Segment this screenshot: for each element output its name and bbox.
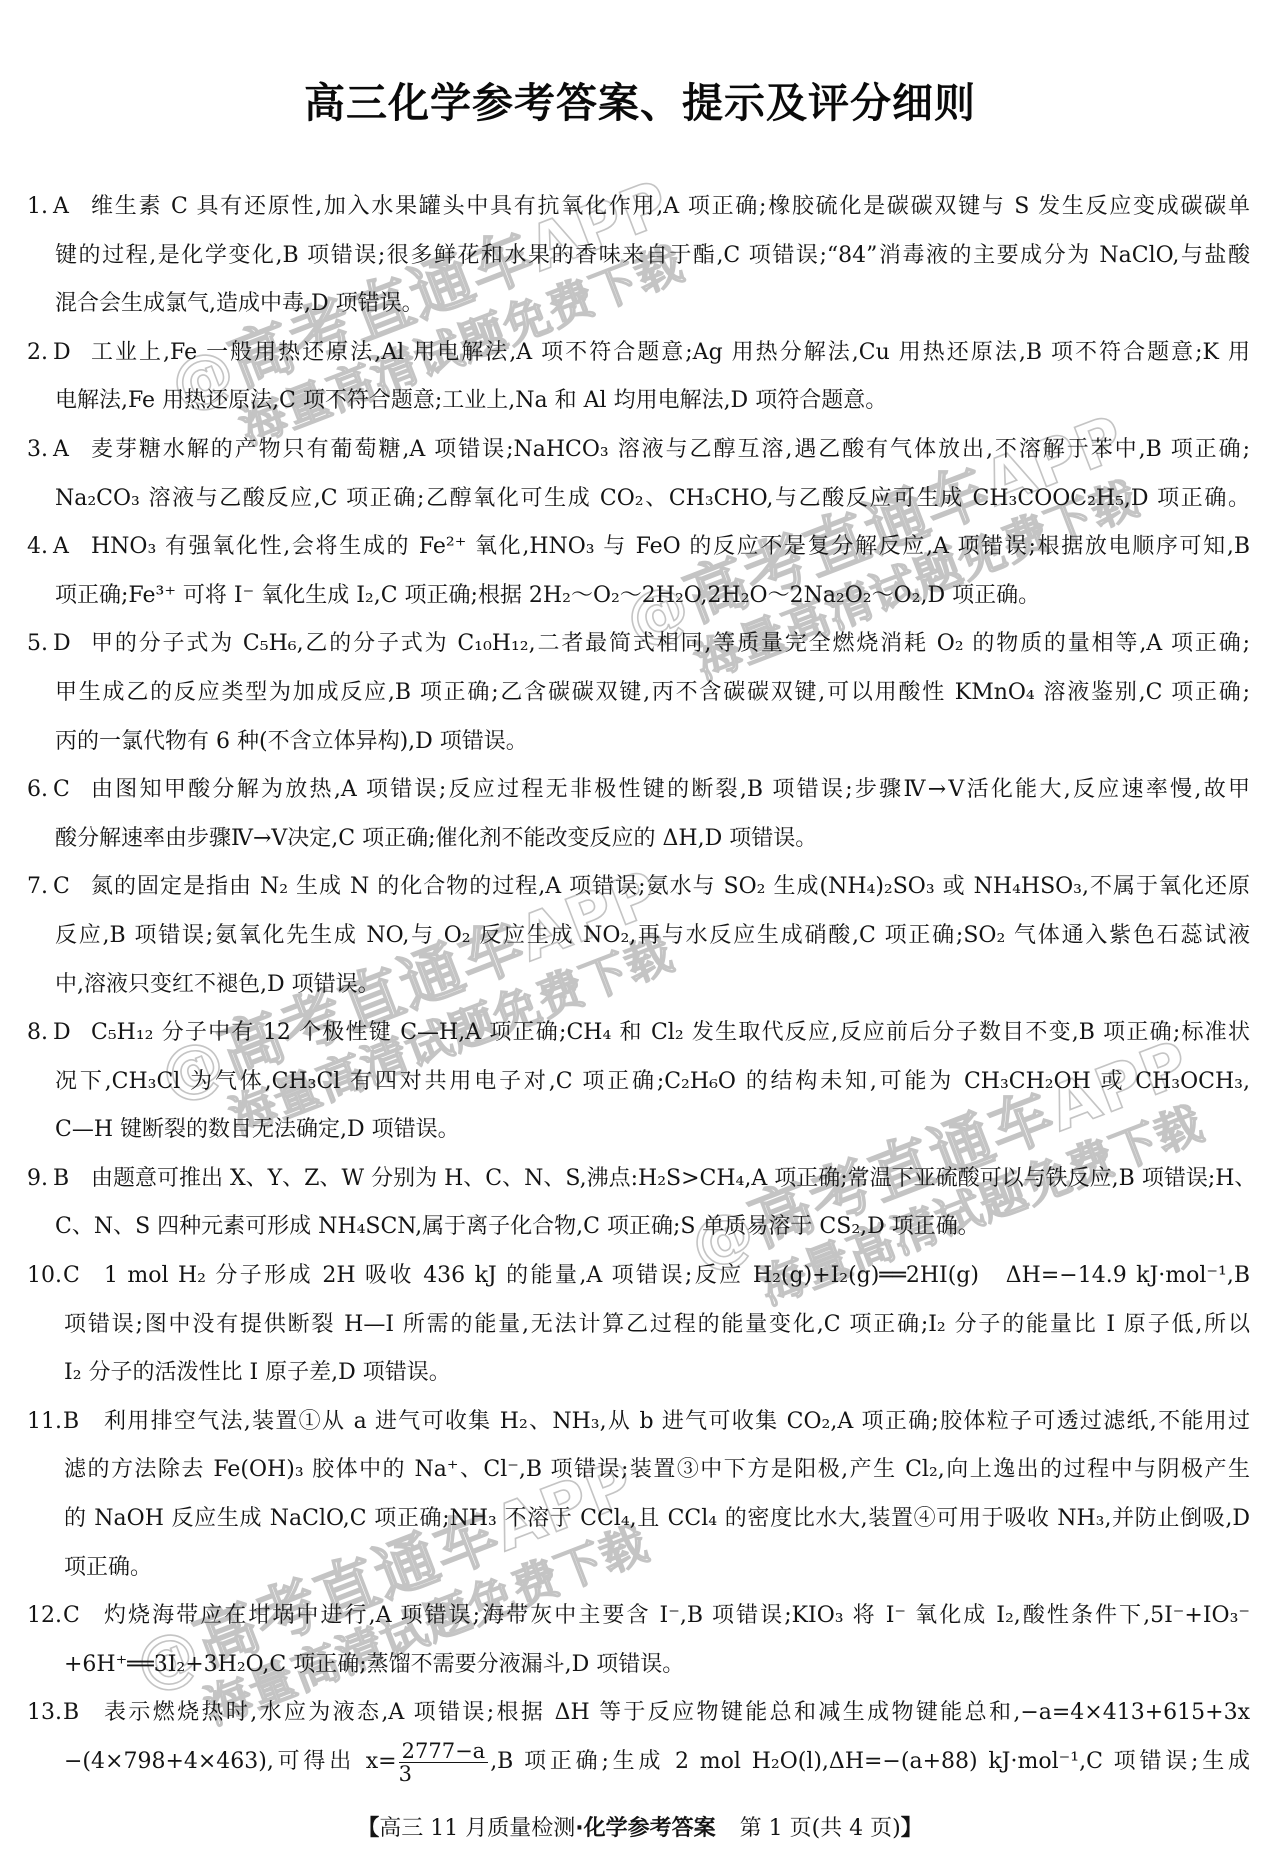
explanation-line: 表示燃烧热时,水应为液态,A 项错误;根据 ΔH 等于反应物键能总和减生成物键能… — [104, 1689, 1250, 1738]
question-2-continuation: 电解法,Fe 用热还原法,C 项不符合题意;工业上,Na 和 Al 均用电解法,… — [0, 377, 1280, 426]
explanation-line: 电解法,Fe 用热还原法,C 项不符合题意;工业上,Na 和 Al 均用电解法,… — [55, 377, 1250, 426]
question-4-continuation: 项正确;Fe³⁺ 可将 I⁻ 氧化生成 I₂,C 项正确;根据 2H₂～O₂～2… — [0, 572, 1280, 621]
fraction-numerator: 2777−a — [399, 1740, 489, 1763]
explanation-line: I₂ 分子的活泼性比 I 原子差,D 项错误。 — [64, 1349, 1250, 1398]
explanation-line: HNO₃ 有强氧化性,会将生成的 Fe²⁺ 氧化,HNO₃ 与 FeO 的反应不… — [91, 523, 1250, 572]
explanation-line: 利用排空气法,装置①从 a 进气可收集 H₂、NH₃,从 b 进气可收集 CO₂… — [104, 1398, 1250, 1447]
question-5-continuation: 丙的一氯代物有 6 种(不含立体异构),D 项错误。 — [0, 718, 1280, 767]
footer-page-number: 第 1 页(共 4 页) — [740, 1816, 901, 1841]
explanation-line: 1 mol H₂ 分子形成 2H 吸收 436 kJ 的能量,A 项错误;反应 … — [104, 1252, 1250, 1301]
question-1: 1. A 维生素 C 具有还原性,加入水果罐头中具有抗氧化作用,A 项正确;橡胶… — [0, 183, 1280, 232]
footer-close-bracket: 】 — [901, 1816, 923, 1841]
question-5-continuation: 甲生成乙的反应类型为加成反应,B 项正确;乙含碳碳双键,丙不含碳碳双键,可以用酸… — [0, 669, 1280, 718]
question-number: 7. — [27, 863, 48, 912]
explanation-line: 氮的固定是指由 N₂ 生成 N 的化合物的过程,A 项错误;氨水与 SO₂ 生成… — [91, 863, 1250, 912]
explanation-line: 混合会生成氯气,造成中毒,D 项错误。 — [55, 280, 1250, 329]
question-1-continuation: 混合会生成氯气,造成中毒,D 项错误。 — [0, 280, 1280, 329]
explanation-line: 中,溶液只变红不褪色,D 项错误。 — [55, 961, 1250, 1010]
question-3: 3. A 麦芽糖水解的产物只有葡萄糖,A 项错误;NaHCO₃ 溶液与乙醇互溶,… — [0, 426, 1280, 475]
question-11-continuation: 滤的方法除去 Fe(OH)₃ 胶体中的 Na⁺、Cl⁻,B 项错误;装置③中下方… — [0, 1446, 1280, 1495]
question-answer: D — [53, 1009, 71, 1058]
question-answer: C — [53, 766, 70, 815]
explanation-line-with-fraction: −(4×798+4×463),可得出 x=2777−a3,B 项正确;生成 2 … — [64, 1738, 1250, 1787]
question-7-continuation: 反应,B 项错误;氨氧化先生成 NO,与 O₂ 反应生成 NO₂,再与水反应生成… — [0, 912, 1280, 961]
explanation-line: 项正确。 — [64, 1544, 1250, 1593]
question-6: 6. C 由图知甲酸分解为放热,A 项错误;反应过程无非极性键的断裂,B 项错误… — [0, 766, 1280, 815]
question-7-continuation: 中,溶液只变红不褪色,D 项错误。 — [0, 961, 1280, 1010]
explanation-line: 反应,B 项错误;氨氧化先生成 NO,与 O₂ 反应生成 NO₂,再与水反应生成… — [55, 912, 1250, 961]
explanation-line: 由题意可推出 X、Y、Z、W 分别为 H、C、N、S,沸点:H₂S>CH₄,A … — [91, 1155, 1250, 1204]
footer-open-bracket: 【 — [357, 1816, 379, 1841]
explanation-line: 丙的一氯代物有 6 种(不含立体异构),D 项错误。 — [55, 718, 1250, 767]
question-8: 8. D C₅H₁₂ 分子中有 12 个极性键 C—H,A 项正确;CH₄ 和 … — [0, 1009, 1280, 1058]
page-title: 高三化学参考答案、提示及评分细则 — [0, 76, 1280, 130]
question-7: 7. C 氮的固定是指由 N₂ 生成 N 的化合物的过程,A 项错误;氨水与 S… — [0, 863, 1280, 912]
explanation-line: 滤的方法除去 Fe(OH)₃ 胶体中的 Na⁺、Cl⁻,B 项错误;装置③中下方… — [64, 1446, 1250, 1495]
question-5: 5. D 甲的分子式为 C₅H₆,乙的分子式为 C₁₀H₁₂,二者最简式相同,等… — [0, 620, 1280, 669]
explanation-line: 甲生成乙的反应类型为加成反应,B 项正确;乙含碳碳双键,丙不含碳碳双键,可以用酸… — [55, 669, 1250, 718]
question-number: 8. — [27, 1009, 48, 1058]
question-8-continuation: C—H 键断裂的数目无法确定,D 项错误。 — [0, 1106, 1280, 1155]
question-answer: A — [53, 523, 69, 572]
question-1-continuation: 键的过程,是化学变化,B 项错误;很多鲜花和水果的香味来自于酯,C 项错误;“8… — [0, 232, 1280, 281]
explanation-line: C₅H₁₂ 分子中有 12 个极性键 C—H,A 项正确;CH₄ 和 Cl₂ 发… — [91, 1009, 1250, 1058]
question-11: 11. B 利用排空气法,装置①从 a 进气可收集 H₂、NH₃,从 b 进气可… — [0, 1398, 1280, 1447]
footer-subject: 化学参考答案 — [584, 1816, 716, 1841]
question-10-continuation: 项错误;图中没有提供断裂 H—I 所需的能量,无法计算乙过程的能量变化,C 项正… — [0, 1301, 1280, 1350]
question-number: 13. — [27, 1689, 62, 1738]
question-6-continuation: 酸分解速率由步骤Ⅳ→Ⅴ决定,C 项正确;催化剂不能改变反应的 ΔH,D 项错误。 — [0, 815, 1280, 864]
question-4: 4. A HNO₃ 有强氧化性,会将生成的 Fe²⁺ 氧化,HNO₃ 与 FeO… — [0, 523, 1280, 572]
question-number: 5. — [27, 620, 48, 669]
question-3-continuation: Na₂CO₃ 溶液与乙酸反应,C 项正确;乙醇氧化可生成 CO₂、CH₃CHO,… — [0, 475, 1280, 524]
answer-list: 1. A 维生素 C 具有还原性,加入水果罐头中具有抗氧化作用,A 项正确;橡胶… — [0, 183, 1280, 1787]
question-answer: C — [53, 863, 70, 912]
question-answer: A — [53, 183, 69, 232]
question-2: 2. D 工业上,Fe 一般用热还原法,Al 用电解法,A 项不符合题意;Ag … — [0, 329, 1280, 378]
explanation-line: Na₂CO₃ 溶液与乙酸反应,C 项正确;乙醇氧化可生成 CO₂、CH₃CHO,… — [55, 475, 1250, 524]
question-10-continuation: I₂ 分子的活泼性比 I 原子差,D 项错误。 — [0, 1349, 1280, 1398]
question-answer: D — [53, 620, 71, 669]
question-number: 2. — [27, 329, 48, 378]
question-answer: B — [63, 1689, 79, 1738]
explanation-line: 的 NaOH 反应生成 NaClO,C 项正确;NH₃ 不溶于 CCl₄,且 C… — [64, 1495, 1250, 1544]
explanation-line: +6H⁺══3I₂+3H₂O,C 项正确;蒸馏不需要分液漏斗,D 项错误。 — [64, 1641, 1250, 1690]
question-answer: C — [63, 1252, 80, 1301]
explanation-line: 麦芽糖水解的产物只有葡萄糖,A 项错误;NaHCO₃ 溶液与乙醇互溶,遇乙酸有气… — [91, 426, 1250, 475]
question-12: 12. C 灼烧海带应在坩埚中进行,A 项错误;海带灰中主要含 I⁻,B 项错误… — [0, 1592, 1280, 1641]
question-number: 6. — [27, 766, 48, 815]
question-13: 13. B 表示燃烧热时,水应为液态,A 项错误;根据 ΔH 等于反应物键能总和… — [0, 1689, 1280, 1738]
formula-text-after: ,B 项正确;生成 2 mol H₂O(l),ΔH=−(a+88) kJ·mol… — [490, 1749, 1250, 1774]
question-number: 1. — [27, 183, 48, 232]
question-11-continuation: 项正确。 — [0, 1544, 1280, 1593]
question-9: 9. B 由题意可推出 X、Y、Z、W 分别为 H、C、N、S,沸点:H₂S>C… — [0, 1155, 1280, 1204]
question-number: 12. — [27, 1592, 62, 1641]
explanation-line: 甲的分子式为 C₅H₆,乙的分子式为 C₁₀H₁₂,二者最简式相同,等质量完全燃… — [91, 620, 1250, 669]
question-13-continuation: −(4×798+4×463),可得出 x=2777−a3,B 项正确;生成 2 … — [0, 1738, 1280, 1787]
question-answer: A — [53, 426, 69, 475]
question-11-continuation: 的 NaOH 反应生成 NaClO,C 项正确;NH₃ 不溶于 CCl₄,且 C… — [0, 1495, 1280, 1544]
question-number: 3. — [27, 426, 48, 475]
question-number: 4. — [27, 523, 48, 572]
explanation-line: 项正确;Fe³⁺ 可将 I⁻ 氧化生成 I₂,C 项正确;根据 2H₂～O₂～2… — [55, 572, 1250, 621]
explanation-line: C、N、S 四种元素可形成 NH₄SCN,属于离子化合物,C 项正确;S 单质易… — [55, 1203, 1250, 1252]
fraction-denominator: 3 — [399, 1763, 489, 1785]
question-9-continuation: C、N、S 四种元素可形成 NH₄SCN,属于离子化合物,C 项正确;S 单质易… — [0, 1203, 1280, 1252]
question-number: 10. — [27, 1252, 62, 1301]
explanation-line: 酸分解速率由步骤Ⅳ→Ⅴ决定,C 项正确;催化剂不能改变反应的 ΔH,D 项错误。 — [55, 815, 1250, 864]
question-number: 11. — [27, 1398, 62, 1447]
explanation-line: 灼烧海带应在坩埚中进行,A 项错误;海带灰中主要含 I⁻,B 项错误;KIO₃ … — [104, 1592, 1250, 1641]
explanation-line: 况下,CH₃Cl 为气体,CH₃Cl 有四对共用电子对,C 项正确;C₂H₆O … — [55, 1058, 1250, 1107]
answer-sheet-page: @高考直通车APP 海量高清试题免费下载 @高考直通车APP 海量高清试题免费下… — [0, 0, 1280, 1874]
question-answer: C — [63, 1592, 80, 1641]
footer-exam-name: 高三 11 月质量检测 — [379, 1816, 575, 1841]
fraction: 2777−a3 — [399, 1740, 489, 1785]
question-answer: B — [53, 1155, 69, 1204]
question-8-continuation: 况下,CH₃Cl 为气体,CH₃Cl 有四对共用电子对,C 项正确;C₂H₆O … — [0, 1058, 1280, 1107]
question-12-continuation: +6H⁺══3I₂+3H₂O,C 项正确;蒸馏不需要分液漏斗,D 项错误。 — [0, 1641, 1280, 1690]
explanation-line: C—H 键断裂的数目无法确定,D 项错误。 — [55, 1106, 1250, 1155]
explanation-line: 工业上,Fe 一般用热还原法,Al 用电解法,A 项不符合题意;Ag 用热分解法… — [91, 329, 1250, 378]
question-answer: B — [63, 1398, 79, 1447]
explanation-line: 项错误;图中没有提供断裂 H—I 所需的能量,无法计算乙过程的能量变化,C 项正… — [64, 1301, 1250, 1350]
question-number: 9. — [27, 1155, 48, 1204]
explanation-line: 由图知甲酸分解为放热,A 项错误;反应过程无非极性键的断裂,B 项错误;步骤Ⅳ→… — [91, 766, 1250, 815]
explanation-line: 维生素 C 具有还原性,加入水果罐头中具有抗氧化作用,A 项正确;橡胶硫化是碳碳… — [91, 183, 1250, 232]
page-footer: 【高三 11 月质量检测·化学参考答案第 1 页(共 4 页)】 — [0, 1814, 1280, 1844]
question-10: 10. C 1 mol H₂ 分子形成 2H 吸收 436 kJ 的能量,A 项… — [0, 1252, 1280, 1301]
formula-text-before: −(4×798+4×463),可得出 x= — [64, 1749, 397, 1774]
explanation-line: 键的过程,是化学变化,B 项错误;很多鲜花和水果的香味来自于酯,C 项错误;“8… — [55, 232, 1250, 281]
footer-separator: · — [575, 1816, 583, 1841]
question-answer: D — [53, 329, 71, 378]
